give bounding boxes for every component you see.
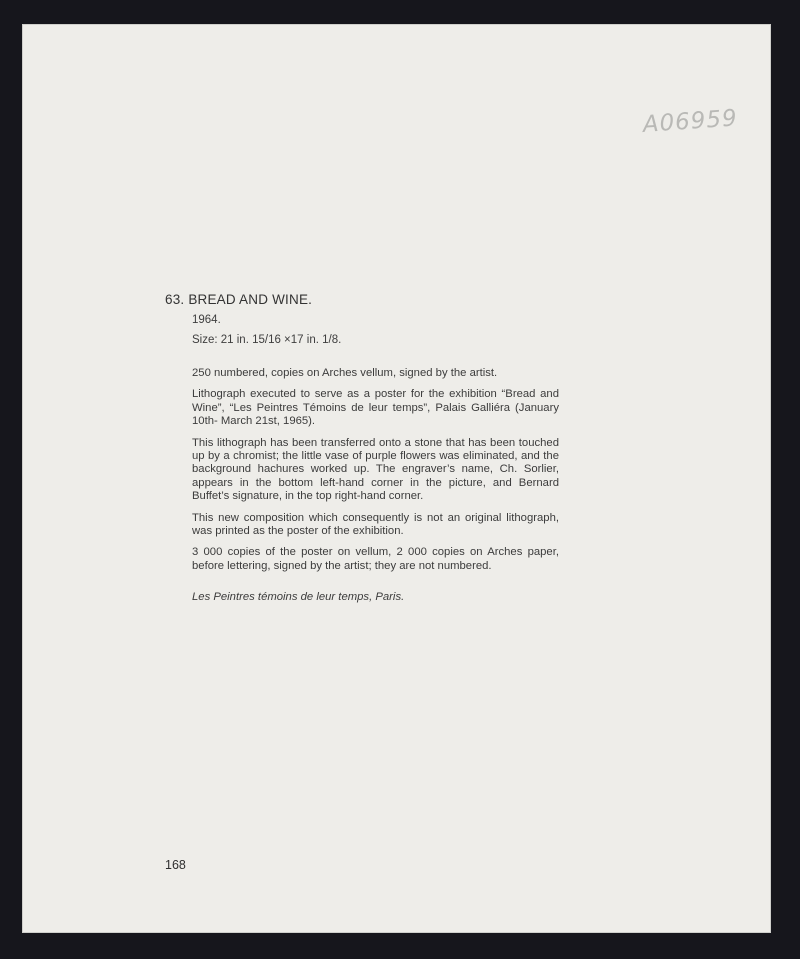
entry-year: 1964.	[192, 313, 560, 327]
entry-meta: 1964. Size: 21 in. 15/16 ×17 in. 1/8.	[192, 313, 560, 347]
entry-heading: 63. BREAD AND WINE.	[165, 291, 560, 309]
paragraph-exhibition: Lithograph executed to serve as a poster…	[192, 388, 559, 428]
entry-body: 250 numbered, copies on Arches vellum, s…	[192, 367, 559, 605]
entry-source: Les Peintres témoins de leur temps, Pari…	[192, 591, 559, 604]
page-number: 168	[165, 858, 186, 872]
paragraph-poster-copies: 3 000 copies of the poster on vellum, 2 …	[192, 546, 559, 573]
entry-size: Size: 21 in. 15/16 ×17 in. 1/8.	[192, 333, 560, 347]
document-page: A06959 63. BREAD AND WINE. 1964. Size: 2…	[22, 24, 771, 933]
paragraph-composition: This new composition which consequently …	[192, 512, 559, 539]
handwritten-catalog-number: A06959	[642, 105, 738, 138]
paragraph-edition: 250 numbered, copies on Arches vellum, s…	[192, 367, 559, 380]
entry-title: BREAD AND WINE.	[188, 292, 312, 307]
entry-number: 63.	[165, 292, 184, 307]
paragraph-transfer: This lithograph has been transferred ont…	[192, 437, 559, 504]
catalog-entry: 63. BREAD AND WINE. 1964. Size: 21 in. 1…	[165, 291, 560, 613]
